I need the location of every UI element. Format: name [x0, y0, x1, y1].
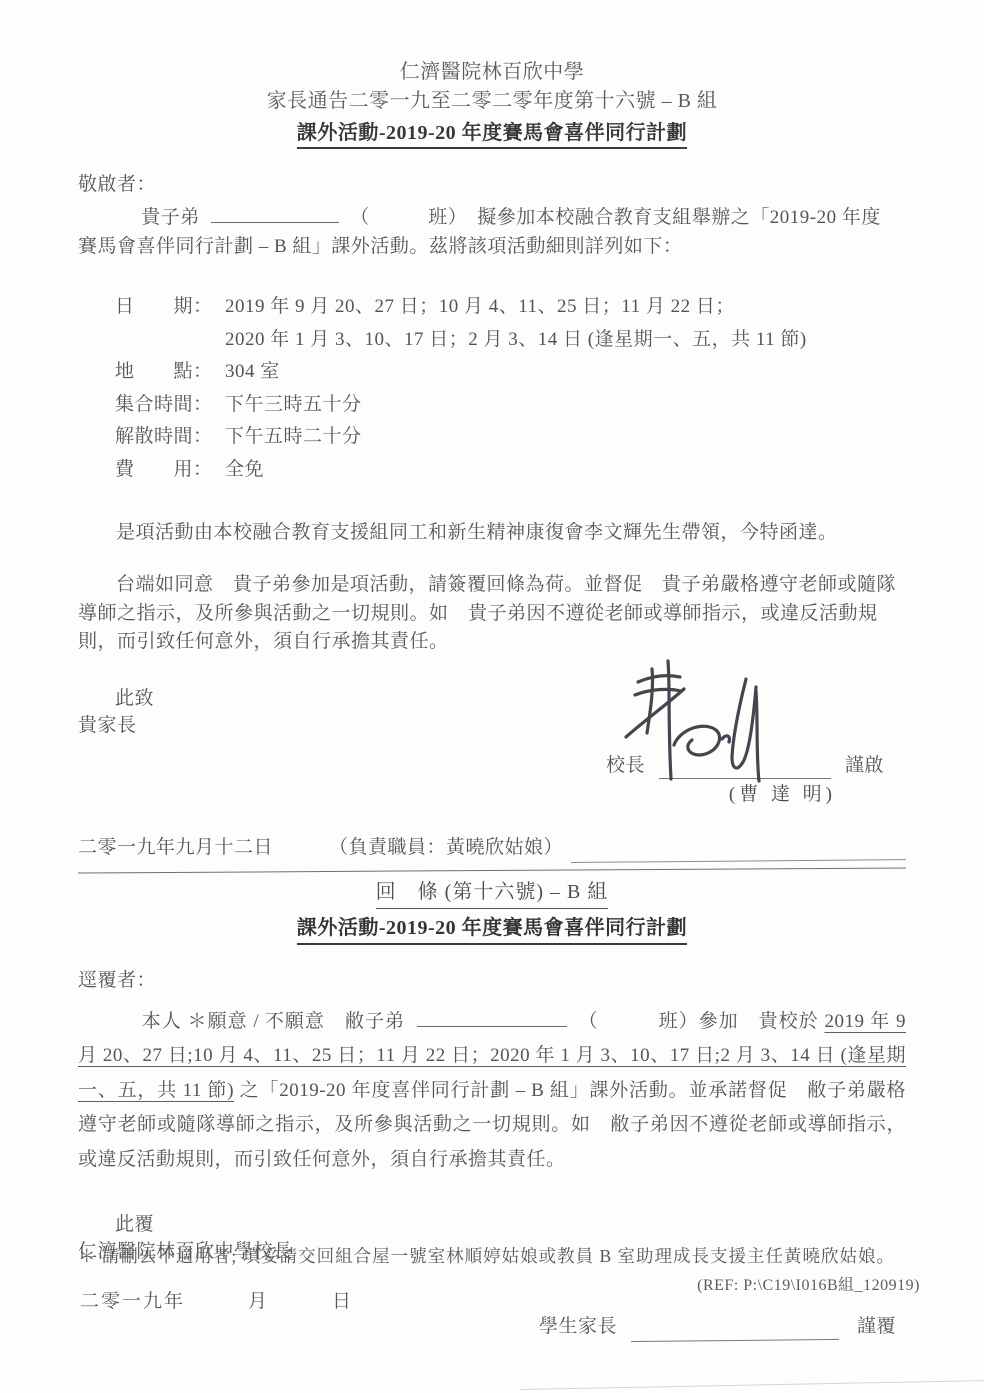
page-content: 仁濟醫院林百欣中學 家長通告二零一九至二零二零年度第十六號 – B 組 課外活動… — [78, 58, 906, 1341]
reply-slip-head: 回 條 (第十六號) – B 組 課外活動-2019-20 年度賽馬會喜伴同行計… — [78, 871, 906, 945]
detail-row-dismiss-time: 解散時間： 下午五時二十分 — [115, 421, 906, 454]
notice-intro-paragraph: 貴子弟 （ 班） 擬參加本校融合教育支組舉辦之「2019-20 年度 — [78, 203, 906, 232]
detail-row-date-2: 2020 年 1 月 3、10、17 日；2 月 3、14 日 (逢星期一、五，… — [115, 324, 906, 357]
scan-artifact-line — [520, 1380, 984, 1390]
reply-closing-1: 此覆 — [115, 1211, 906, 1238]
notice-paragraph-2: 台端如同意 貴子弟參加是項活動，請簽覆回條為荷。並督促 貴子弟嚴格遵守老師或隨隊… — [78, 571, 906, 657]
file-reference: (REF: P:\C19\I016B組_120919) — [697, 1272, 920, 1295]
notice-number-line: 家長通告二零一九至二零二零年度第十六號 – B 組 — [78, 86, 906, 116]
detail-label: 集合時間： — [115, 389, 225, 422]
footnote: ＊ 請刪去不適用者; 填妥請交回組合屋一號室林順婷姑娘或教員 B 室助理成長支援… — [78, 1243, 895, 1268]
detail-value: 2020 年 1 月 3、10、17 日；2 月 3、14 日 (逢星期一、五，… — [225, 324, 906, 357]
staff-in-charge: （負責職員：黃曉欣姑娘） — [329, 833, 563, 863]
reply-body-paragraph: 本人 ＊願意 / 不願意 敝子弟 （ 班）參加 貴校於 2019 年 9 月 2… — [78, 1005, 906, 1178]
detail-label: 解散時間： — [115, 421, 225, 454]
issue-date-row: 二零一九年九月十二日 （負責職員：黃曉欣姑娘） — [78, 833, 906, 863]
scanned-notice-page: 仁濟醫院林百欣中學 家長通告二零一九至二零二零年度第十六號 – B 組 課外活動… — [0, 0, 984, 1393]
detail-label: 地 點： — [115, 356, 225, 389]
notice-closing-2: 貴家長 — [78, 712, 906, 739]
reply-salutation: 逕覆者： — [78, 967, 906, 995]
detail-value: 2019 年 9 月 20、27 日；10 月 4、11、25 日；11 月 2… — [225, 291, 906, 324]
issue-date: 二零一九年九月十二日 — [78, 833, 273, 863]
reply-student-name-blank — [417, 1011, 567, 1027]
principal-signature-row: 校長 謹啟 — [78, 753, 906, 779]
notice-closing-1: 此致 — [115, 685, 906, 712]
principal-sign-suffix: 謹啟 — [845, 753, 884, 779]
activity-details: 日 期： 2019 年 9 月 20、27 日；10 月 4、11、25 日；1… — [115, 291, 906, 486]
detail-value: 全免 — [225, 454, 906, 487]
notice-salutation: 敬啟者： — [78, 171, 906, 199]
reply-text-2: （ 班）參加 貴校於 — [579, 1011, 825, 1032]
principal-signature-line — [659, 760, 831, 779]
notice-intro-line2: 賽馬會喜伴同行計劃 – B 組」課外活動。茲將該項活動細則詳列如下： — [78, 232, 906, 261]
detail-row-assemble-time: 集合時間： 下午三時五十分 — [115, 389, 906, 422]
detail-row-date: 日 期： 2019 年 9 月 20、27 日；10 月 4、11、25 日；1… — [115, 291, 906, 324]
principal-label: 校長 — [606, 753, 645, 779]
reply-slip-title: 回 條 (第十六號) – B 組 — [376, 879, 609, 909]
reply-date-blank: 二零一九年 月 日 — [80, 1286, 353, 1313]
notice-title: 課外活動-2019-20 年度賽馬會喜伴同行計劃 — [297, 120, 687, 149]
principal-name: (曹 達 明) — [78, 779, 906, 811]
parent-label: 學生家長 — [539, 1313, 617, 1341]
detail-row-fee: 費 用： 全免 — [115, 454, 906, 487]
separator-line-right — [571, 837, 906, 863]
reply-text-1: 本人 ＊願意 / 不願意 敝子弟 — [142, 1011, 405, 1032]
detail-row-venue: 地 點： 304 室 — [115, 356, 906, 389]
reply-slip-subtitle: 課外活動-2019-20 年度賽馬會喜伴同行計劃 — [297, 914, 687, 945]
notice-paragraph-1: 是項活動由本校融合教育支援組同工和新生精神康復會李文輝先生帶領，今特函達。 — [78, 518, 906, 547]
detail-label: 日 期： — [115, 291, 225, 324]
parent-sign-suffix: 謹覆 — [857, 1313, 896, 1341]
intro-text-2: （ 班） 擬參加本校融合教育支組舉辦之「2019-20 年度 — [350, 207, 881, 228]
detail-value: 下午三時五十分 — [225, 389, 906, 422]
parent-signature-row: 學生家長 謹覆 — [78, 1313, 906, 1341]
parent-signature-line — [631, 1323, 839, 1342]
detail-label — [115, 324, 225, 357]
student-name-blank — [211, 207, 339, 223]
intro-text-1: 貴子弟 — [141, 207, 200, 228]
school-name: 仁濟醫院林百欣中學 — [78, 58, 906, 86]
detail-value: 304 室 — [225, 356, 906, 389]
detail-value: 下午五時二十分 — [225, 421, 906, 454]
letter-head: 仁濟醫院林百欣中學 家長通告二零一九至二零二零年度第十六號 – B 組 課外活動… — [78, 58, 906, 149]
detail-label: 費 用： — [115, 454, 225, 487]
